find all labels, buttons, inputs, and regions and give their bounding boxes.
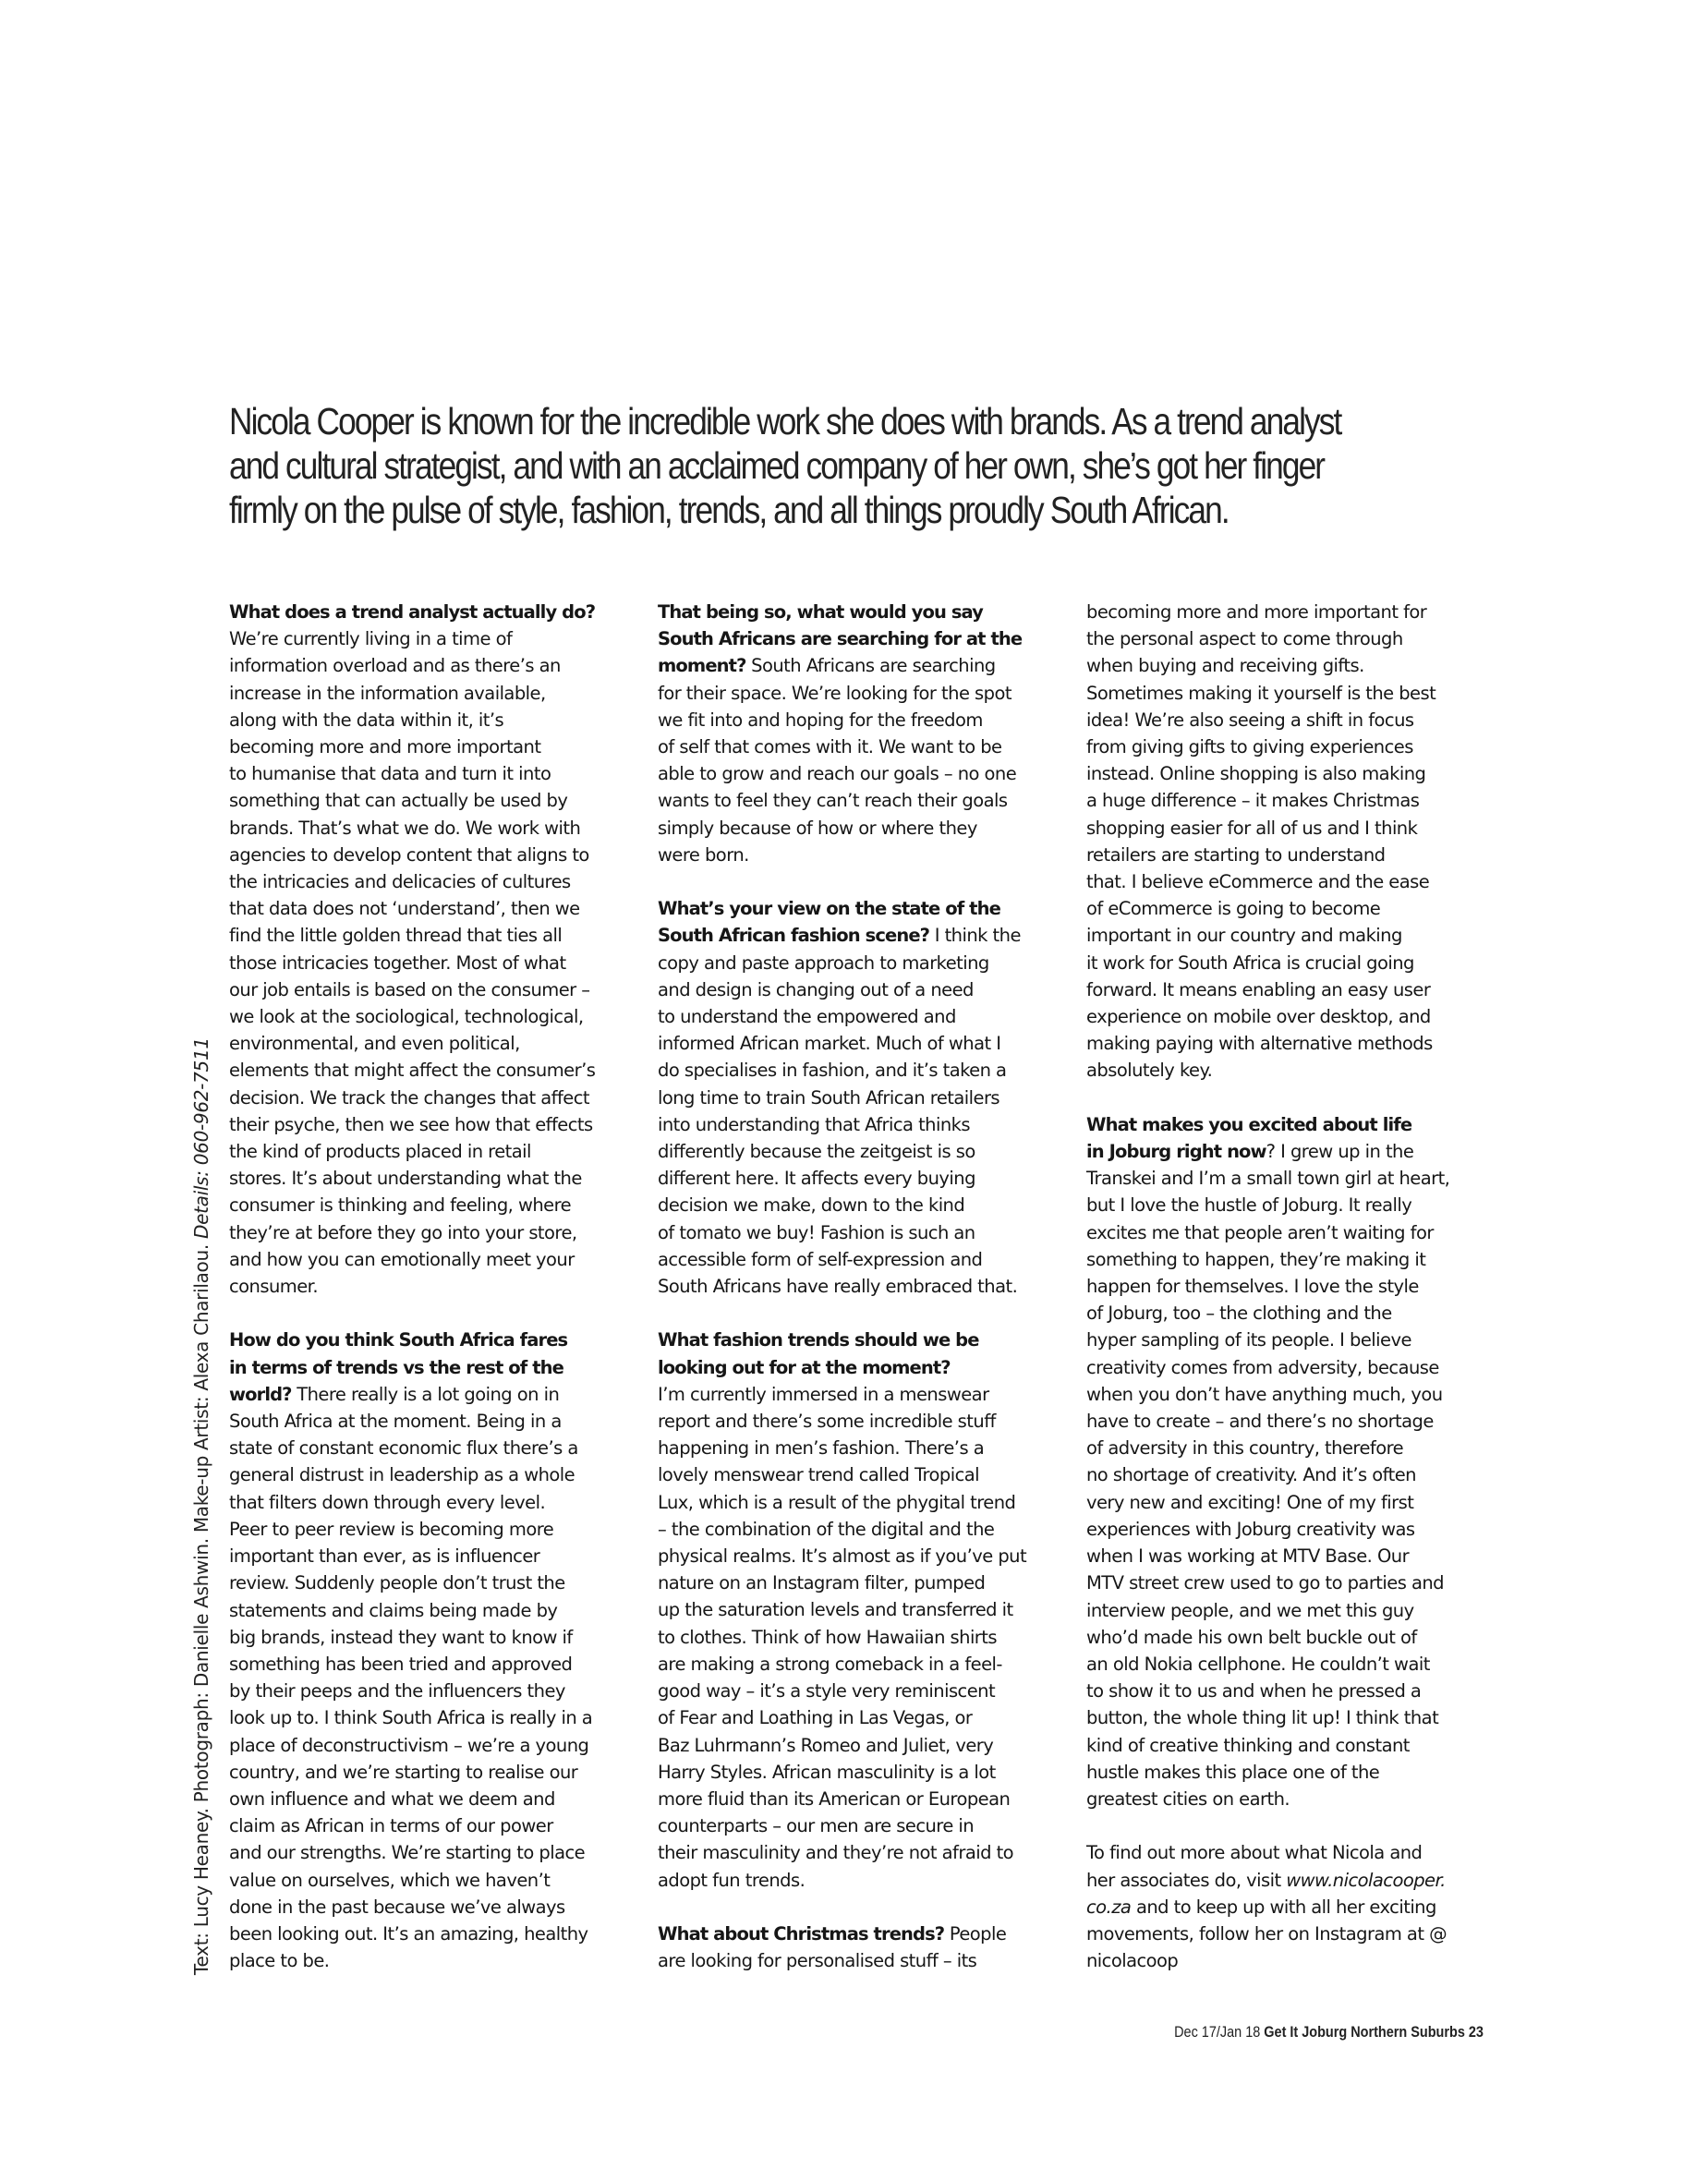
body-line: their masculinity and they’re not afraid… — [658, 1839, 1064, 1866]
body-line: Transkei and I’m a small town girl at he… — [1086, 1165, 1493, 1192]
answer-text: Harry Styles. African masculinity is a l… — [658, 1762, 996, 1783]
answer-text: lovely menswear trend called Tropical — [658, 1464, 979, 1485]
answer-text: physical realms. It’s almost as if you’v… — [658, 1545, 1026, 1567]
answer-text: look up to. I think South Africa is real… — [229, 1707, 592, 1728]
website-link[interactable]: www.nicolacooper. — [1286, 1870, 1446, 1891]
answer-text: consumer. — [229, 1276, 318, 1297]
page-footer: Dec 17/Jan 18 Get It Joburg Northern Sub… — [1174, 2023, 1484, 2042]
answer-text: greatest cities on earth. — [1086, 1788, 1290, 1810]
photo-credit-vertical: Text: Lucy Heaney. Photograph: Danielle … — [190, 1037, 212, 1975]
body-line: their psyche, then we see how that effec… — [229, 1111, 636, 1138]
body-line: happening in men’s fashion. There’s a — [658, 1435, 1064, 1461]
body-line: shopping easier for all of us and I thin… — [1086, 815, 1493, 842]
body-line: nicolacoop — [1086, 1947, 1493, 1974]
answer-text: creativity comes from adversity, because — [1086, 1357, 1439, 1378]
answer-text: South Africans are searching — [745, 655, 995, 676]
answer-text: were born. — [658, 844, 749, 866]
answer-text: simply because of how or where they — [658, 818, 977, 839]
answer-text: important in our country and making — [1086, 925, 1402, 946]
body-line: experience on mobile over desktop, and — [1086, 1003, 1493, 1030]
body-line: it work for South Africa is crucial goin… — [1086, 950, 1493, 976]
body-line: a huge difference – it makes Christmas — [1086, 787, 1493, 814]
body-line: good way – it’s a style very reminiscent — [658, 1678, 1064, 1704]
answer-text: environmental, and even political, — [229, 1033, 520, 1054]
body-line: Sometimes making it yourself is the best — [1086, 680, 1493, 707]
answer-text: good way – it’s a style very reminiscent — [658, 1680, 995, 1702]
body-line: done in the past because we’ve always — [229, 1894, 636, 1920]
body-line: and our strengths. We’re starting to pla… — [229, 1839, 636, 1866]
body-line: stores. It’s about understanding what th… — [229, 1165, 636, 1192]
article-column-3: becoming more and more important forthe … — [1086, 599, 1493, 1974]
answer-text: to clothes. Think of how Hawaiian shirts — [658, 1627, 997, 1648]
body-line: in Joburg right now? I grew up in the — [1086, 1138, 1493, 1165]
answer-text: making paying with alternative methods — [1086, 1033, 1433, 1054]
body-line: informed African market. Much of what I — [658, 1030, 1064, 1057]
standfirst-line: firmly on the pulse of style, fashion, t… — [229, 488, 1341, 532]
answer-text: state of constant economic flux there’s … — [229, 1437, 578, 1459]
answer-text: something to happen, they’re making it — [1086, 1249, 1425, 1270]
answer-text: accessible form of self-expression and — [658, 1249, 982, 1270]
answer-text: our job entails is based on the consumer… — [229, 979, 590, 1000]
body-line: accessible form of self-expression and — [658, 1246, 1064, 1273]
answer-text: Lux, which is a result of the phygital t… — [658, 1492, 1015, 1513]
body-line: of Fear and Loathing in Las Vegas, or — [658, 1704, 1064, 1731]
body-line: her associates do, visit www.nicolacoope… — [1086, 1867, 1493, 1894]
question-heading: How do you think South Africa fares — [229, 1329, 567, 1351]
answer-text: those intricacies together. Most of what — [229, 952, 566, 974]
answer-text: more fluid than its American or European — [658, 1788, 1010, 1810]
answer-text: People — [944, 1923, 1006, 1945]
answer-text: South Africans have really embraced that… — [658, 1276, 1017, 1297]
body-line: wants to feel they can’t reach their goa… — [658, 787, 1064, 814]
body-line: How do you think South Africa fares — [229, 1327, 636, 1353]
answer-text: elements that might affect the consumer’… — [229, 1060, 595, 1081]
answer-text: ? I grew up in the — [1266, 1141, 1414, 1162]
body-line: looking out for at the moment? — [658, 1354, 1064, 1381]
question-heading: That being so, what would you say — [658, 601, 983, 623]
question-heading: What does a trend analyst actually do? — [229, 601, 595, 623]
question-heading: looking out for at the moment? — [658, 1357, 951, 1378]
paragraph-break — [229, 1300, 636, 1327]
answer-text: by their peeps and the influencers they — [229, 1680, 565, 1702]
answer-text: do specialises in fashion, and it’s take… — [658, 1060, 1006, 1081]
body-line: those intricacies together. Most of what — [229, 950, 636, 976]
answer-text: something has been tried and approved — [229, 1654, 572, 1675]
answer-text: very new and exciting! One of my first — [1086, 1492, 1413, 1513]
answer-text: differently because the zeitgeist is so — [658, 1141, 975, 1162]
body-line: to show it to us and when he pressed a — [1086, 1678, 1493, 1704]
body-line: and how you can emotionally meet your — [229, 1246, 636, 1273]
answer-text: different here. It affects every buying — [658, 1168, 975, 1189]
answer-text: happening in men’s fashion. There’s a — [658, 1437, 984, 1459]
body-line: button, the whole thing lit up! I think … — [1086, 1704, 1493, 1731]
body-line: big brands, instead they want to know if — [229, 1624, 636, 1651]
body-line: differently because the zeitgeist is so — [658, 1138, 1064, 1165]
answer-text: it work for South Africa is crucial goin… — [1086, 952, 1414, 974]
body-line: nature on an Instagram filter, pumped — [658, 1569, 1064, 1596]
body-line: important in our country and making — [1086, 922, 1493, 949]
body-line: into understanding that Africa thinks — [658, 1111, 1064, 1138]
answer-text: of adversity in this country, therefore — [1086, 1437, 1403, 1459]
answer-text: absolutely key. — [1086, 1060, 1212, 1081]
body-line: when I was working at MTV Base. Our — [1086, 1543, 1493, 1569]
answer-text: consumer is thinking and feeling, where — [229, 1194, 571, 1216]
body-line: review. Suddenly people don’t trust the — [229, 1569, 636, 1596]
answer-text: for their space. We’re looking for the s… — [658, 683, 1011, 704]
answer-text: of Joburg, too – the clothing and the — [1086, 1303, 1392, 1324]
body-line: decision. We track the changes that affe… — [229, 1084, 636, 1111]
answer-text: decision we make, down to the kind — [658, 1194, 964, 1216]
body-line: the kind of products placed in retail — [229, 1138, 636, 1165]
answer-text: along with the data within it, it’s — [229, 709, 503, 731]
body-line: when buying and receiving gifts. — [1086, 652, 1493, 679]
body-line: an old Nokia cellphone. He couldn’t wait — [1086, 1651, 1493, 1678]
answer-text: we fit into and hoping for the freedom — [658, 709, 983, 731]
answer-text: I’m currently immersed in a menswear — [658, 1384, 989, 1405]
answer-text: the kind of products placed in retail — [229, 1141, 531, 1162]
body-line: general distrust in leadership as a whol… — [229, 1461, 636, 1488]
answer-text: forward. It means enabling an easy user — [1086, 979, 1430, 1000]
answer-text: experiences with Joburg creativity was — [1086, 1519, 1415, 1540]
body-line: physical realms. It’s almost as if you’v… — [658, 1543, 1064, 1569]
body-line: What makes you excited about life — [1086, 1111, 1493, 1138]
answer-text: shopping easier for all of us and I thin… — [1086, 818, 1417, 839]
answer-text: kind of creative thinking and constant — [1086, 1735, 1410, 1756]
body-line: agencies to develop content that aligns … — [229, 842, 636, 868]
answer-text: experience on mobile over desktop, and — [1086, 1006, 1431, 1027]
answer-text: that. I believe eCommerce and the ease — [1086, 871, 1429, 892]
body-line: more fluid than its American or European — [658, 1786, 1064, 1812]
body-line: our job entails is based on the consumer… — [229, 976, 636, 1003]
answer-text: long time to train South African retaile… — [658, 1087, 999, 1109]
body-line: do specialises in fashion, and it’s take… — [658, 1057, 1064, 1084]
answer-text: find the little golden thread that ties … — [229, 925, 562, 946]
body-line: that data does not ‘understand’, then we — [229, 895, 636, 922]
question-heading: world? — [229, 1384, 292, 1405]
answer-text: To find out more about what Nicola and — [1086, 1842, 1422, 1863]
answer-text: the personal aspect to come through — [1086, 628, 1403, 649]
body-line: of self that comes with it. We want to b… — [658, 733, 1064, 760]
answer-text: their psyche, then we see how that effec… — [229, 1114, 593, 1135]
body-line: are looking for personalised stuff – its — [658, 1947, 1064, 1974]
answer-text: becoming more and more important — [229, 736, 540, 757]
answer-text: but I love the hustle of Joburg. It real… — [1086, 1194, 1411, 1216]
body-line: claim as African in terms of our power — [229, 1812, 636, 1839]
body-line: creativity comes from adversity, because — [1086, 1354, 1493, 1381]
answer-text: to understand the empowered and — [658, 1006, 956, 1027]
answer-text: of Fear and Loathing in Las Vegas, or — [658, 1707, 972, 1728]
body-line: up the saturation levels and transferred… — [658, 1596, 1064, 1623]
answer-text: their masculinity and they’re not afraid… — [658, 1842, 1013, 1863]
body-line: world? There really is a lot going on in — [229, 1381, 636, 1408]
body-line: are making a strong comeback in a feel- — [658, 1651, 1064, 1678]
answer-text: a huge difference – it makes Christmas — [1086, 790, 1419, 811]
answer-text: when you don’t have anything much, you — [1086, 1384, 1443, 1405]
answer-text: nicolacoop — [1086, 1950, 1178, 1971]
answer-text: idea! We’re also seeing a shift in focus — [1086, 709, 1414, 731]
answer-text: own influence and what we deem and — [229, 1788, 555, 1810]
answer-text: of tomato we buy! Fashion is such an — [658, 1222, 975, 1243]
body-line: adopt fun trends. — [658, 1867, 1064, 1894]
body-line: That being so, what would you say — [658, 599, 1064, 625]
answer-text: button, the whole thing lit up! I think … — [1086, 1707, 1438, 1728]
answer-text: We’re currently living in a time of — [229, 628, 512, 649]
body-line: long time to train South African retaile… — [658, 1084, 1064, 1111]
answer-text: informed African market. Much of what I — [658, 1033, 1000, 1054]
body-line: copy and paste approach to marketing — [658, 950, 1064, 976]
body-line: interview people, and we met this guy — [1086, 1597, 1493, 1624]
body-line: we fit into and hoping for the freedom — [658, 707, 1064, 733]
body-line: absolutely key. — [1086, 1057, 1493, 1084]
body-line: What’s your view on the state of the — [658, 895, 1064, 922]
answer-text: we look at the sociological, technologic… — [229, 1006, 584, 1027]
body-line: value on ourselves, which we haven’t — [229, 1867, 636, 1894]
body-line: I’m currently immersed in a menswear — [658, 1381, 1064, 1408]
answer-text: I think the — [929, 925, 1021, 946]
answer-text: movements, follow her on Instagram at @ — [1086, 1923, 1447, 1945]
body-line: look up to. I think South Africa is real… — [229, 1704, 636, 1731]
paragraph-break — [1086, 1084, 1493, 1111]
answer-text: interview people, and we met this guy — [1086, 1600, 1414, 1621]
body-line: the personal aspect to come through — [1086, 625, 1493, 652]
body-line: becoming more and more important for — [1086, 599, 1493, 625]
answer-text: place to be. — [229, 1950, 329, 1971]
body-line: who’d made his own belt buckle out of — [1086, 1624, 1493, 1651]
body-line: were born. — [658, 842, 1064, 868]
answer-text: country, and we’re starting to realise o… — [229, 1762, 577, 1783]
body-line: forward. It means enabling an easy user — [1086, 976, 1493, 1003]
standfirst-intro: Nicola Cooper is known for the incredibl… — [229, 399, 1341, 532]
body-line: Lux, which is a result of the phygital t… — [658, 1489, 1064, 1516]
body-line: they’re at before they go into your stor… — [229, 1219, 636, 1246]
answer-text: statements and claims being made by — [229, 1600, 557, 1621]
body-line: – the combination of the digital and the — [658, 1516, 1064, 1543]
body-line: hyper sampling of its people. I believe — [1086, 1327, 1493, 1353]
body-line: experiences with Joburg creativity was — [1086, 1516, 1493, 1543]
body-line: able to grow and reach our goals – no on… — [658, 760, 1064, 787]
answer-text: report and there’s some incredible stuff — [658, 1411, 996, 1432]
body-line: statements and claims being made by — [229, 1597, 636, 1624]
body-line: of adversity in this country, therefore — [1086, 1435, 1493, 1461]
answer-text: are making a strong comeback in a feel- — [658, 1654, 1002, 1675]
body-line: We’re currently living in a time of — [229, 625, 636, 652]
body-line: to clothes. Think of how Hawaiian shirts — [658, 1624, 1064, 1651]
body-line: place to be. — [229, 1947, 636, 1974]
body-line: along with the data within it, it’s — [229, 707, 636, 733]
body-line: but I love the hustle of Joburg. It real… — [1086, 1192, 1493, 1218]
answer-text: who’d made his own belt buckle out of — [1086, 1627, 1417, 1648]
body-line: idea! We’re also seeing a shift in focus — [1086, 707, 1493, 733]
answer-text: of eCommerce is going to become — [1086, 898, 1380, 919]
answer-text: Peer to peer review is becoming more — [229, 1519, 553, 1540]
answer-text: excites me that people aren’t waiting fo… — [1086, 1222, 1434, 1243]
answer-text: retailers are starting to understand — [1086, 844, 1385, 866]
answer-text: place of deconstructivism – we’re a youn… — [229, 1735, 588, 1756]
answer-text: her associates do, visit — [1086, 1870, 1286, 1891]
body-line: Baz Luhrmann’s Romeo and Juliet, very — [658, 1732, 1064, 1759]
question-heading: What makes you excited about life — [1086, 1114, 1411, 1135]
answer-text: Transkei and I’m a small town girl at he… — [1086, 1168, 1449, 1189]
question-heading: What fashion trends should we be — [658, 1329, 979, 1351]
body-line: greatest cities on earth. — [1086, 1786, 1493, 1812]
body-line: simply because of how or where they — [658, 815, 1064, 842]
footer-magazine-name: Get It Joburg Northern Suburbs — [1264, 2023, 1465, 2041]
body-line: that filters down through every level. — [229, 1489, 636, 1516]
answer-text: of self that comes with it. We want to b… — [658, 736, 1002, 757]
answer-text: and to keep up with all her exciting — [1131, 1896, 1436, 1918]
question-heading: in Joburg right now — [1086, 1141, 1266, 1162]
answer-text: nature on an Instagram filter, pumped — [658, 1572, 985, 1593]
standfirst-line: Nicola Cooper is known for the incredibl… — [229, 399, 1341, 443]
page-number: 23 — [1469, 2023, 1484, 2041]
question-heading: South African fashion scene? — [658, 925, 929, 946]
body-line: the intricacies and delicacies of cultur… — [229, 868, 636, 895]
answer-text: copy and paste approach to marketing — [658, 952, 989, 974]
body-line: for their space. We’re looking for the s… — [658, 680, 1064, 707]
body-line: consumer is thinking and feeling, where — [229, 1192, 636, 1218]
answer-text: when buying and receiving gifts. — [1086, 655, 1364, 676]
answer-text: that filters down through every level. — [229, 1492, 545, 1513]
body-line: we look at the sociological, technologic… — [229, 1003, 636, 1030]
body-line: no shortage of creativity. And it’s ofte… — [1086, 1461, 1493, 1488]
body-line: own influence and what we deem and — [229, 1786, 636, 1812]
answer-text: hyper sampling of its people. I believe — [1086, 1329, 1411, 1351]
answer-text: the intricacies and delicacies of cultur… — [229, 871, 571, 892]
answer-text: from giving gifts to giving experiences — [1086, 736, 1413, 757]
body-line: MTV street crew used to go to parties an… — [1086, 1569, 1493, 1596]
body-line: South African fashion scene? I think the — [658, 922, 1064, 949]
paragraph-break — [658, 1300, 1064, 1327]
answer-text: done in the past because we’ve always — [229, 1896, 565, 1918]
body-line: to understand the empowered and — [658, 1003, 1064, 1030]
body-line: state of constant economic flux there’s … — [229, 1435, 636, 1461]
answer-text: and how you can emotionally meet your — [229, 1249, 575, 1270]
answer-text: are looking for personalised stuff – its — [658, 1950, 976, 1971]
answer-text: brands. That’s what we do. We work with — [229, 818, 580, 839]
body-line: environmental, and even political, — [229, 1030, 636, 1057]
answer-text: general distrust in leadership as a whol… — [229, 1464, 575, 1485]
body-line: of eCommerce is going to become — [1086, 895, 1493, 922]
standfirst-line: and cultural strategist, and with an acc… — [229, 443, 1341, 488]
answer-text: agencies to develop content that aligns … — [229, 844, 589, 866]
body-line: different here. It affects every buying — [658, 1165, 1064, 1192]
question-heading: in terms of trends vs the rest of the — [229, 1357, 563, 1378]
body-line: have to create – and there’s no shortage — [1086, 1408, 1493, 1435]
question-heading: moment? — [658, 655, 745, 676]
answer-text: to show it to us and when he pressed a — [1086, 1680, 1421, 1702]
body-line: increase in the information available, — [229, 680, 636, 707]
body-line: movements, follow her on Instagram at @ — [1086, 1920, 1493, 1947]
body-line: kind of creative thinking and constant — [1086, 1732, 1493, 1759]
answer-text: counterparts – our men are secure in — [658, 1815, 974, 1836]
answer-text: value on ourselves, which we haven’t — [229, 1870, 550, 1891]
body-line: something that can actually be used by — [229, 787, 636, 814]
body-line: when you don’t have anything much, you — [1086, 1381, 1493, 1408]
body-line: South Africans have really embraced that… — [658, 1273, 1064, 1300]
answer-text: that data does not ‘understand’, then we — [229, 898, 580, 919]
answer-text: hustle makes this place one of the — [1086, 1762, 1379, 1783]
body-line: report and there’s some incredible stuff — [658, 1408, 1064, 1435]
answer-text: an old Nokia cellphone. He couldn’t wait — [1086, 1654, 1430, 1675]
answer-text: been looking out. It’s an amazing, healt… — [229, 1923, 588, 1945]
body-line: co.za and to keep up with all her exciti… — [1086, 1894, 1493, 1920]
body-line: To find out more about what Nicola and — [1086, 1839, 1493, 1866]
answer-text: decision. We track the changes that affe… — [229, 1087, 589, 1109]
answer-text: Sometimes making it yourself is the best — [1086, 683, 1435, 704]
body-line: something has been tried and approved — [229, 1651, 636, 1678]
body-line: in terms of trends vs the rest of the — [229, 1354, 636, 1381]
body-line: Peer to peer review is becoming more — [229, 1516, 636, 1543]
article-column-1: What does a trend analyst actually do?We… — [229, 599, 636, 1974]
answer-text: they’re at before they go into your stor… — [229, 1222, 577, 1243]
answer-text: South Africa at the moment. Being in a — [229, 1411, 562, 1432]
paragraph-break — [658, 868, 1064, 895]
answer-text: review. Suddenly people don’t trust the — [229, 1572, 565, 1593]
answer-text: adopt fun trends. — [658, 1870, 805, 1891]
body-line: South Africa at the moment. Being in a — [229, 1408, 636, 1435]
question-heading: What’s your view on the state of the — [658, 898, 1000, 919]
body-line: country, and we’re starting to realise o… — [229, 1759, 636, 1786]
body-line: been looking out. It’s an amazing, healt… — [229, 1920, 636, 1947]
body-line: and design is changing out of a need — [658, 976, 1064, 1003]
answer-text: when I was working at MTV Base. Our — [1086, 1545, 1409, 1567]
answer-text: becoming more and more important for — [1086, 601, 1426, 623]
body-line: brands. That’s what we do. We work with — [229, 815, 636, 842]
body-line: Harry Styles. African masculinity is a l… — [658, 1759, 1064, 1786]
body-line: of tomato we buy! Fashion is such an — [658, 1219, 1064, 1246]
body-line: happen for themselves. I love the style — [1086, 1273, 1493, 1300]
paragraph-break — [1086, 1812, 1493, 1839]
body-line: decision we make, down to the kind — [658, 1192, 1064, 1218]
footer-issue-date: Dec 17/Jan 18 — [1174, 2023, 1264, 2041]
answer-text: to humanise that data and turn it into — [229, 763, 551, 784]
body-line: counterparts – our men are secure in — [658, 1812, 1064, 1839]
answer-text: up the saturation levels and transferred… — [658, 1599, 1013, 1620]
website-link[interactable]: co.za — [1086, 1896, 1131, 1918]
body-line: lovely menswear trend called Tropical — [658, 1461, 1064, 1488]
body-line: from giving gifts to giving experiences — [1086, 733, 1493, 760]
body-line: find the little golden thread that ties … — [229, 922, 636, 949]
body-line: What does a trend analyst actually do? — [229, 599, 636, 625]
body-line: important than ever, as is influencer — [229, 1543, 636, 1569]
answer-text: and design is changing out of a need — [658, 979, 974, 1000]
body-line: consumer. — [229, 1273, 636, 1300]
answer-text: able to grow and reach our goals – no on… — [658, 763, 1016, 784]
body-line: information overload and as there’s an — [229, 652, 636, 679]
question-heading: South Africans are searching for at the — [658, 628, 1022, 649]
body-line: of Joburg, too – the clothing and the — [1086, 1300, 1493, 1327]
body-line: hustle makes this place one of the — [1086, 1759, 1493, 1786]
body-line: elements that might affect the consumer’… — [229, 1057, 636, 1084]
credit-details: Details: 060-962-7511 — [190, 1037, 212, 1239]
body-line: something to happen, they’re making it — [1086, 1246, 1493, 1273]
body-line: What fashion trends should we be — [658, 1327, 1064, 1353]
answer-text: stores. It’s about understanding what th… — [229, 1168, 582, 1189]
body-line: making paying with alternative methods — [1086, 1030, 1493, 1057]
body-line: by their peeps and the influencers they — [229, 1678, 636, 1704]
body-line: instead. Online shopping is also making — [1086, 760, 1493, 787]
answer-text: big brands, instead they want to know if — [229, 1627, 573, 1648]
body-line: retailers are starting to understand — [1086, 842, 1493, 868]
answer-text: – the combination of the digital and the — [658, 1519, 994, 1540]
body-line: becoming more and more important — [229, 733, 636, 760]
answer-text: increase in the information available, — [229, 683, 546, 704]
credit-text: Text: Lucy Heaney. Photograph: Danielle … — [190, 1239, 212, 1975]
answer-text: no shortage of creativity. And it’s ofte… — [1086, 1464, 1416, 1485]
body-line: moment? South Africans are searching — [658, 652, 1064, 679]
answer-text: information overload and as there’s an — [229, 655, 561, 676]
body-line: excites me that people aren’t waiting fo… — [1086, 1219, 1493, 1246]
